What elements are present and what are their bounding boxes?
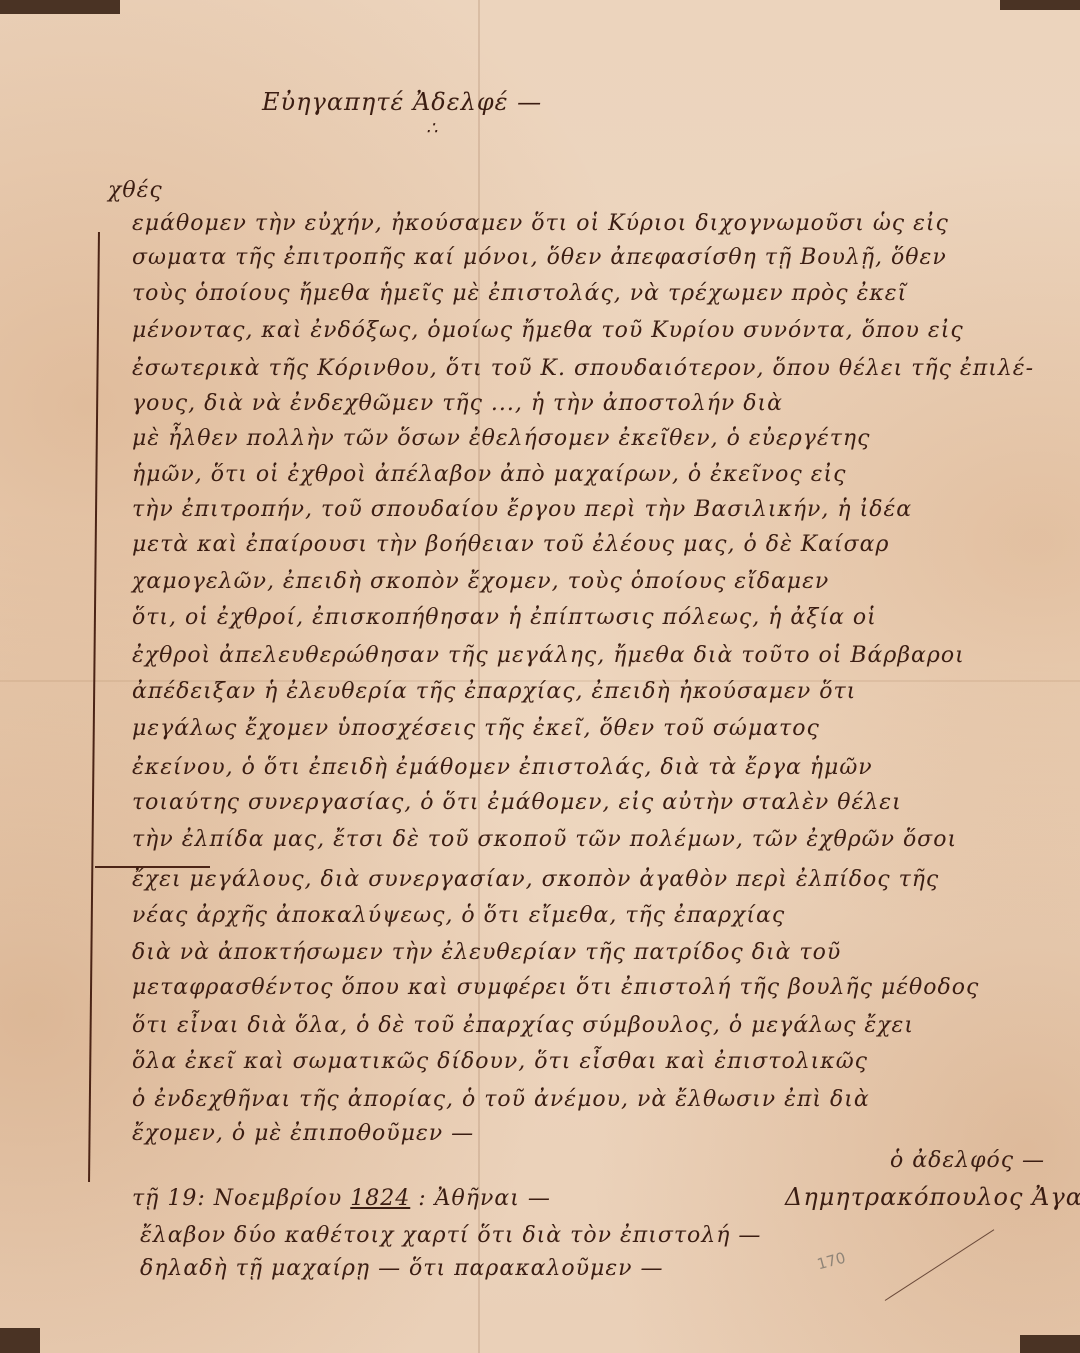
paper-fold-line	[478, 0, 480, 1353]
body-line: μεγάλως ἔχομεν ὑποσχέσεις τῆς ἐκεῖ, ὅθεν…	[132, 716, 820, 741]
manuscript-page: Εὐηγαπητέ Ἀδελφέ — ∴ χθές εμάθομεν τὴν ε…	[0, 0, 1080, 1353]
margin-bracket-line	[88, 232, 100, 1182]
body-line: νέας ἀρχῆς ἀποκαλύψεως, ὁ ὅτι εἴμεθα, τῆ…	[132, 903, 785, 928]
body-line: ἡμῶν, ὅτι οἱ ἐχθροὶ ἀπέλαβον ἀπὸ μαχαίρω…	[132, 462, 846, 487]
signature-stroke	[885, 1229, 995, 1301]
body-line: τοιαύτης συνεργασίας, ὁ ὅτι ἐμάθομεν, εἰ…	[132, 790, 902, 815]
body-line: ἐκείνου, ὁ ὅτι ἐπειδὴ ἐμάθομεν ἐπιστολάς…	[132, 755, 873, 780]
salutation-mark: ∴	[426, 118, 438, 139]
body-line: τὴν ἐπιτροπήν, τοῦ σπουδαίου ἔργου περὶ …	[132, 497, 912, 522]
date-day: 19:	[167, 1186, 205, 1211]
postscript-line: ἔλαβον δύο καθέτοιχ χαρτί ὅτι διὰ τὸν ἐπ…	[140, 1223, 761, 1248]
body-line: ἔχει μεγάλους, διὰ συνεργασίαν, σκοπὸν ἀ…	[132, 867, 939, 892]
body-line: ἔχομεν, ὁ μὲ ἐπιποθοῦμεν —	[132, 1121, 474, 1146]
body-line: ὅτι, οἱ ἐχθροί, ἐπισκοπήθησαν ἡ ἐπίπτωσι…	[132, 605, 877, 630]
signature: Δημητρακόπουλος Ἀγαθαγγελ: —	[785, 1183, 1080, 1211]
body-line: ἐσωτερικὰ τῆς Κόρινθου, ὅτι τοῦ Κ. σπουδ…	[132, 356, 1034, 381]
letter-closing: ὁ ἀδελφός —	[890, 1148, 1045, 1173]
letter-salutation: Εὐηγαπητέ Ἀδελφέ —	[262, 88, 542, 116]
page-corner-shadow	[1020, 1335, 1080, 1353]
body-line: ὅτι εἶναι διὰ ὅλα, ὁ δὲ τοῦ ἐπαρχίας σύμ…	[132, 1013, 914, 1038]
postscript-line: δηλαδὴ τῇ μαχαίρῃ — ὅτι παρακαλοῦμεν —	[140, 1256, 664, 1281]
body-line: μένοντας, καὶ ἐνδόξως, ὁμοίως ἤμεθα τοῦ …	[132, 318, 964, 343]
page-corner-shadow	[1000, 0, 1080, 10]
body-line: τοὺς ὁποίους ἤμεθα ἡμεῖς μὲ ἐπιστολάς, ν…	[132, 281, 907, 306]
date-month: Νοεμβρίου	[214, 1186, 343, 1211]
body-line: ὅλα ἐκεῖ καὶ σωματικῶς δίδουν, ὅτι εἶσθα…	[132, 1049, 868, 1074]
body-line: διὰ νὰ ἀποκτήσωμεν τὴν ἐλευθερίαν τῆς πα…	[132, 940, 841, 965]
body-line: ἀπέδειξαν ἡ ἐλευθερία τῆς ἐπαρχίας, ἐπει…	[132, 679, 856, 704]
body-line: μετὰ καὶ ἐπαίρουσι τὴν βοήθειαν τοῦ ἐλέο…	[132, 532, 889, 557]
body-line: γους, διὰ νὰ ἐνδεχθῶμεν τῆς ..., ἡ τὴν ἀ…	[132, 391, 783, 416]
body-line: εμάθομεν τὴν εὐχήν, ἠκούσαμεν ὅτι οἱ Κύρ…	[132, 211, 949, 236]
body-line: μὲ ἦλθεν πολλὴν τῶν ὅσων ἐθελήσομεν ἐκεῖ…	[132, 426, 870, 451]
date-year: 1824	[350, 1186, 410, 1211]
body-line: τὴν ἐλπίδα μας, ἔτσι δὲ τοῦ σκοποῦ τῶν π…	[132, 827, 957, 852]
body-line: σωματα τῆς ἐπιτροπῆς καί μόνοι, ὅθεν ἀπε…	[132, 245, 947, 270]
body-line: μεταφρασθέντος ὅπου καὶ συμφέρει ὅτι ἐπι…	[132, 975, 979, 1000]
date-line: τῇ 19: Νοεμβρίου 1824 : Ἀθῆναι —	[132, 1186, 551, 1211]
page-corner-shadow	[0, 0, 120, 14]
archive-number: 170	[815, 1249, 847, 1274]
body-line: ὁ ἐνδεχθῆναι τῆς ἀπορίας, ὁ τοῦ ἀνέμου, …	[132, 1087, 870, 1112]
margin-word: χθές	[108, 178, 163, 203]
date-place: : Ἀθῆναι —	[418, 1186, 551, 1211]
body-line: χαμογελῶν, ἐπειδὴ σκοπὸν ἔχομεν, τοὺς ὁπ…	[132, 569, 829, 594]
date-prefix: τῇ	[132, 1186, 159, 1211]
body-line: ἐχθροὶ ἀπελευθερώθησαν τῆς μεγάλης, ἤμεθ…	[132, 643, 965, 668]
page-corner-shadow	[0, 1328, 40, 1353]
